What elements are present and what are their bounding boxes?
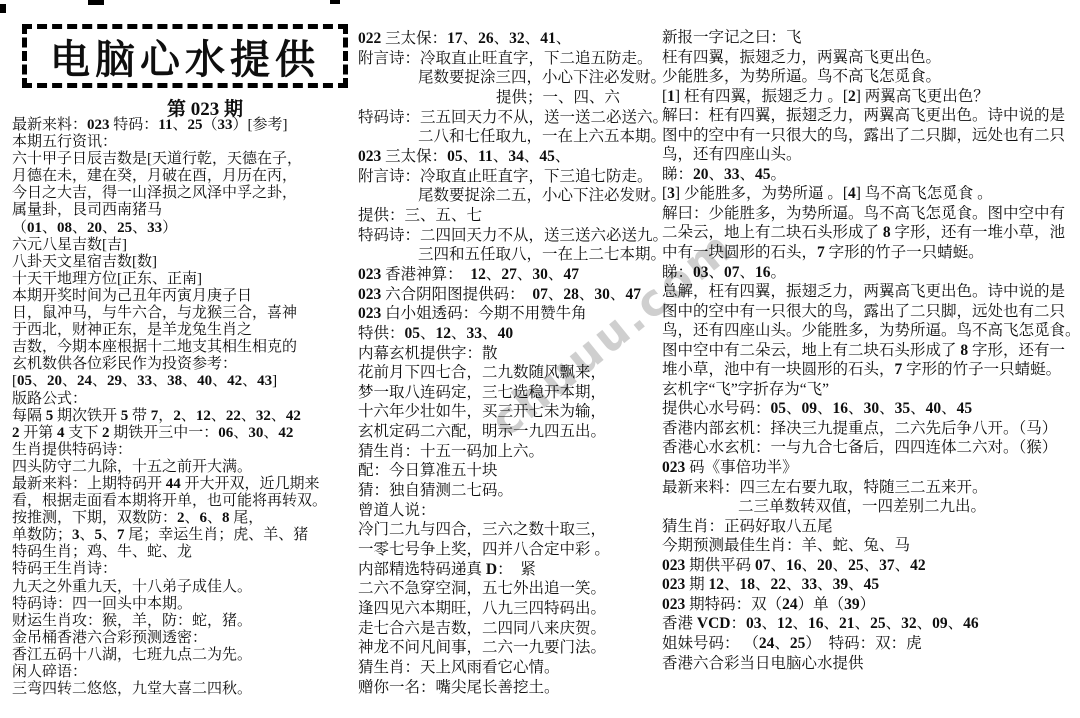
text-line: [3] 少能胜多，为势所逼 。[4] 鸟不高飞怎觅食 。	[662, 184, 1078, 204]
scan-artifact	[0, 4, 6, 13]
text-line: 三弯四转二悠悠，九堂大喜二四秋。	[12, 681, 356, 698]
text-line: 今日之大吉，得一山泽损之风泽中孚之卦，	[12, 185, 356, 202]
text-line: 023 六合阴阳图提供码： 07、28、30、47	[358, 285, 662, 305]
text-line: 日，鼠冲马，与牛六合，与龙猴三合，喜神	[12, 305, 356, 322]
text-line: 属量卦，艮司西南猪马	[12, 202, 356, 219]
text-line: 二朵云，地上有二块石头形成了 8 字形，还有一堆小草，池	[662, 223, 1078, 243]
text-line: 香港 VCD：03、12、16、21、25、32、09、46	[662, 614, 1078, 634]
text-line: 猜生肖：十五一码加上六。	[358, 442, 662, 462]
text-line: 特码诗：三五回天力不从，送一送二必送六。	[358, 108, 662, 128]
text-line: 二六不急穿空洞，五七外出追一笑。	[358, 579, 662, 599]
text-line: 提供心水号码：05、09、16、30、35、40、45	[662, 399, 1078, 419]
text-line: 今期预测最佳生肖：羊、蛇、兔、马	[662, 536, 1078, 556]
text-line: 睇：03、07、16。	[662, 263, 1078, 283]
right-column: 新报一字记之曰：飞枉有四翼，振翅乏力，两翼高飞更出色。少能胜多，为势所逼。鸟不高…	[662, 28, 1078, 673]
text-line: 神龙不问凡间事，二六一九要门法。	[358, 638, 662, 658]
text-line: 姐妹号码： （24、25） 特码：双：虎	[662, 634, 1078, 654]
text-line: 本期五行资讯：	[12, 134, 356, 151]
text-line: 走七合六是吉数，二四同八来庆贺。	[358, 619, 662, 639]
text-line: 猜：独自猜测二七码。	[358, 481, 662, 501]
text-line: 附言诗：冷取直止旺直字，下二追五防走。	[358, 49, 662, 69]
text-line: 每隔 5 期次铁开 5 带 7，2、12、22、32、42	[12, 408, 356, 425]
text-line: 提供；一、四、六	[358, 88, 662, 108]
text-line: 最新来料：四三左右要九取，特随三二五来开。	[662, 478, 1078, 498]
text-line: 022 三太保：17、26、32、41、	[358, 29, 662, 49]
text-line: 十天干地理方位[正东、正南]	[12, 271, 356, 288]
text-line: 香港六合彩当日电脑心水提供	[662, 654, 1078, 674]
text-line: 玄机字“飞”字折存为“飞”	[662, 380, 1078, 400]
text-line: 单数防；3、5、7 尾；幸运生肖；虎、羊、猪	[12, 527, 356, 544]
text-line: 解曰：枉有四翼，振翅乏力，两翼高飞更出色。诗中说的是	[662, 106, 1078, 126]
text-line: 逢四见六本期旺，八九三四特码出。	[358, 599, 662, 619]
text-line: 尾数要捉涂二五，小心下注必发财。	[358, 186, 662, 206]
text-line: 023 白小姐透码：今期不用赞牛角	[358, 304, 662, 324]
text-line: 内部精选特码递真 D： 紧	[358, 560, 662, 580]
text-line: 尾数要捉涂三四，小心下注必发财。	[358, 68, 662, 88]
text-line: 023 三太保：05、11、34、45、	[358, 147, 662, 167]
text-line: 枉有四翼，振翅乏力，两翼高飞更出色。	[662, 48, 1078, 68]
text-line: 中有一块圆形的石头，7 字形的竹子一只蜻蜓。	[662, 243, 1078, 263]
text-line: 睇：20、33、45。	[662, 165, 1078, 185]
text-line: 猜生肖：正码好取八五尾	[662, 517, 1078, 537]
text-line: 香港心水玄机：一与九合七备后，四四连体二六对。（猴）	[662, 438, 1078, 458]
text-line: 023 香港神算： 12、27、30、47	[358, 265, 662, 285]
text-line: 十六年少壮如牛，买三开七未为输，	[358, 402, 662, 422]
text-line: 最新来料：上期特码开 44 开大开双，近几期来	[12, 476, 356, 493]
text-line: 四头防守二九除，十五之前开大满。	[12, 459, 356, 476]
text-line: 023 期供平码 07、16、20、25、37、42	[662, 556, 1078, 576]
text-line: 二八和七任取九，一在上六五本期。	[358, 127, 662, 147]
left-column: 最新来料：023 特码：11、25（33）[参考]本期五行资讯：六十甲子日辰吉数…	[12, 117, 356, 698]
text-line: 配：今日算准五十块	[358, 461, 662, 481]
text-line: 提供：三、五、七	[358, 206, 662, 226]
text-line: 八卦天文星宿吉数[数]	[12, 254, 356, 271]
text-line: 鸟，还有四座山头。	[662, 145, 1078, 165]
text-line: 财运生肖攻：猴，羊，防：蛇，猪。	[12, 613, 356, 630]
text-line: 特码诗：二四回天力不从，送三送六必送九。	[358, 226, 662, 246]
text-line: 赠你一名：嘴尖尾长善挖土。	[358, 678, 662, 698]
text-line: 图中的空中有一只很大的鸟，露出了二只脚，远处也有二只	[662, 126, 1078, 146]
text-line: 玄机定码二六配，明示一九四五出。	[358, 422, 662, 442]
text-line: 023 期 12、18、22、33、39、45	[662, 575, 1078, 595]
scan-artifact	[330, 0, 340, 4]
text-line: 月德在未，建在癸，月破在酉，月历在丙，	[12, 168, 356, 185]
masthead-dashed-box: 电脑心水提供	[22, 24, 348, 88]
text-line: 鸟，还有四座山头。少能胜多，为势所逼。鸟不高飞怎觅食。	[662, 321, 1078, 341]
text-line: 吉数，今期本座根据十二地支其相生相克的	[12, 339, 356, 356]
text-line: 金吊桶香港六合彩预测透密：	[12, 630, 356, 647]
text-line: 一零七号争上奖，四并八合定中彩 。	[358, 540, 662, 560]
text-line: [1] 枉有四翼，振翅乏力 。[2] 两翼高飞更出色？	[662, 87, 1078, 107]
text-line: 看，根据走面看本期将开单，也可能将再转双。	[12, 493, 356, 510]
text-line: 特供：05、12、33、40	[358, 324, 662, 344]
text-line: 玄机数供各位彩民作为投资参考：	[12, 356, 356, 373]
text-line: 内幕玄机提供字：散	[358, 344, 662, 364]
text-line: （01、08、20、25、33）	[12, 220, 356, 237]
text-line: 堆小草，池中有一块圆形的石头，7 字形的竹子一只蜻蜓。	[662, 360, 1078, 380]
text-line: 特码王生肖诗：	[12, 561, 356, 578]
text-line: 图中的空中有一只很大的鸟，露出了二只脚，远处也有二只	[662, 302, 1078, 322]
text-line: 2 开第 4 支下 2 期铁开三中一：06、30、42	[12, 425, 356, 442]
text-line: 香江五码十八湖，七班九点二为先。	[12, 647, 356, 664]
text-line: 023 码《事倍功半》	[662, 458, 1078, 478]
text-line: 二三单数转双值，一四差别二九出。	[662, 497, 1078, 517]
text-line: 附言诗：冷取直止旺直字，下三追七防走。	[358, 167, 662, 187]
text-line: 六元八星吉数[吉]	[12, 237, 356, 254]
text-line: 梦一取八连码定，三七选稳开本期，	[358, 383, 662, 403]
text-line: 023 期特码：双（24）单（39）	[662, 595, 1078, 615]
page-title: 电脑心水提供	[50, 28, 320, 85]
text-line: 特码诗：四一回头中本期。	[12, 596, 356, 613]
text-line: 本期开奖时间为己丑年丙寅月庚子日	[12, 288, 356, 305]
text-line: 曾道人说：	[358, 501, 662, 521]
scan-artifact	[88, 0, 104, 5]
text-line: 于西北，财神正东，是羊龙兔生肖之	[12, 322, 356, 339]
text-line: 三四和五任取八，一在上二七本期。	[358, 245, 662, 265]
text-line: 少能胜多，为势所逼。鸟不高飞怎觅食。	[662, 67, 1078, 87]
text-line: 六十甲子日辰吉数是[天道行乾，天德在子，	[12, 151, 356, 168]
text-line: 新报一字记之曰：飞	[662, 28, 1078, 48]
text-line: 按推测，下期，双数防：2、6、8 尾，	[12, 510, 356, 527]
middle-column: 022 三太保：17、26、32、41、附言诗：冷取直止旺直字，下二追五防走。尾…	[358, 29, 662, 697]
text-line: 花前月下四七合，二九数随风飘来，	[358, 363, 662, 383]
text-line: 冷门二九与四合，三六之数十取三，	[358, 520, 662, 540]
text-line: 猜生肖：天上风雨看它心情。	[358, 658, 662, 678]
text-line: 九天之外重九天，十八弟子成佳人。	[12, 579, 356, 596]
text-line: 版路公式：	[12, 391, 356, 408]
text-line: 闲人碎语：	[12, 664, 356, 681]
text-line: 生肖提供特码诗：	[12, 442, 356, 459]
text-line: 香港内部玄机：择决三九提重点，二六先后争八开。（马）	[662, 419, 1078, 439]
text-line: [05、20、24、29、33、38、40、42、43]	[12, 373, 356, 390]
text-line: 总解，枉有四翼，振翅乏力，两翼高飞更出色。诗中说的是	[662, 282, 1078, 302]
text-line: 解曰：少能胜多，为势所逼。鸟不高飞怎觅食。图中空中有	[662, 204, 1078, 224]
text-line: 图中空中有二朵云，地上有二块石头形成了 8 字形，还有一	[662, 341, 1078, 361]
text-line: 特码生肖；鸡、牛、蛇、龙	[12, 544, 356, 561]
text-line: 最新来料：023 特码：11、25（33）[参考]	[12, 117, 356, 134]
